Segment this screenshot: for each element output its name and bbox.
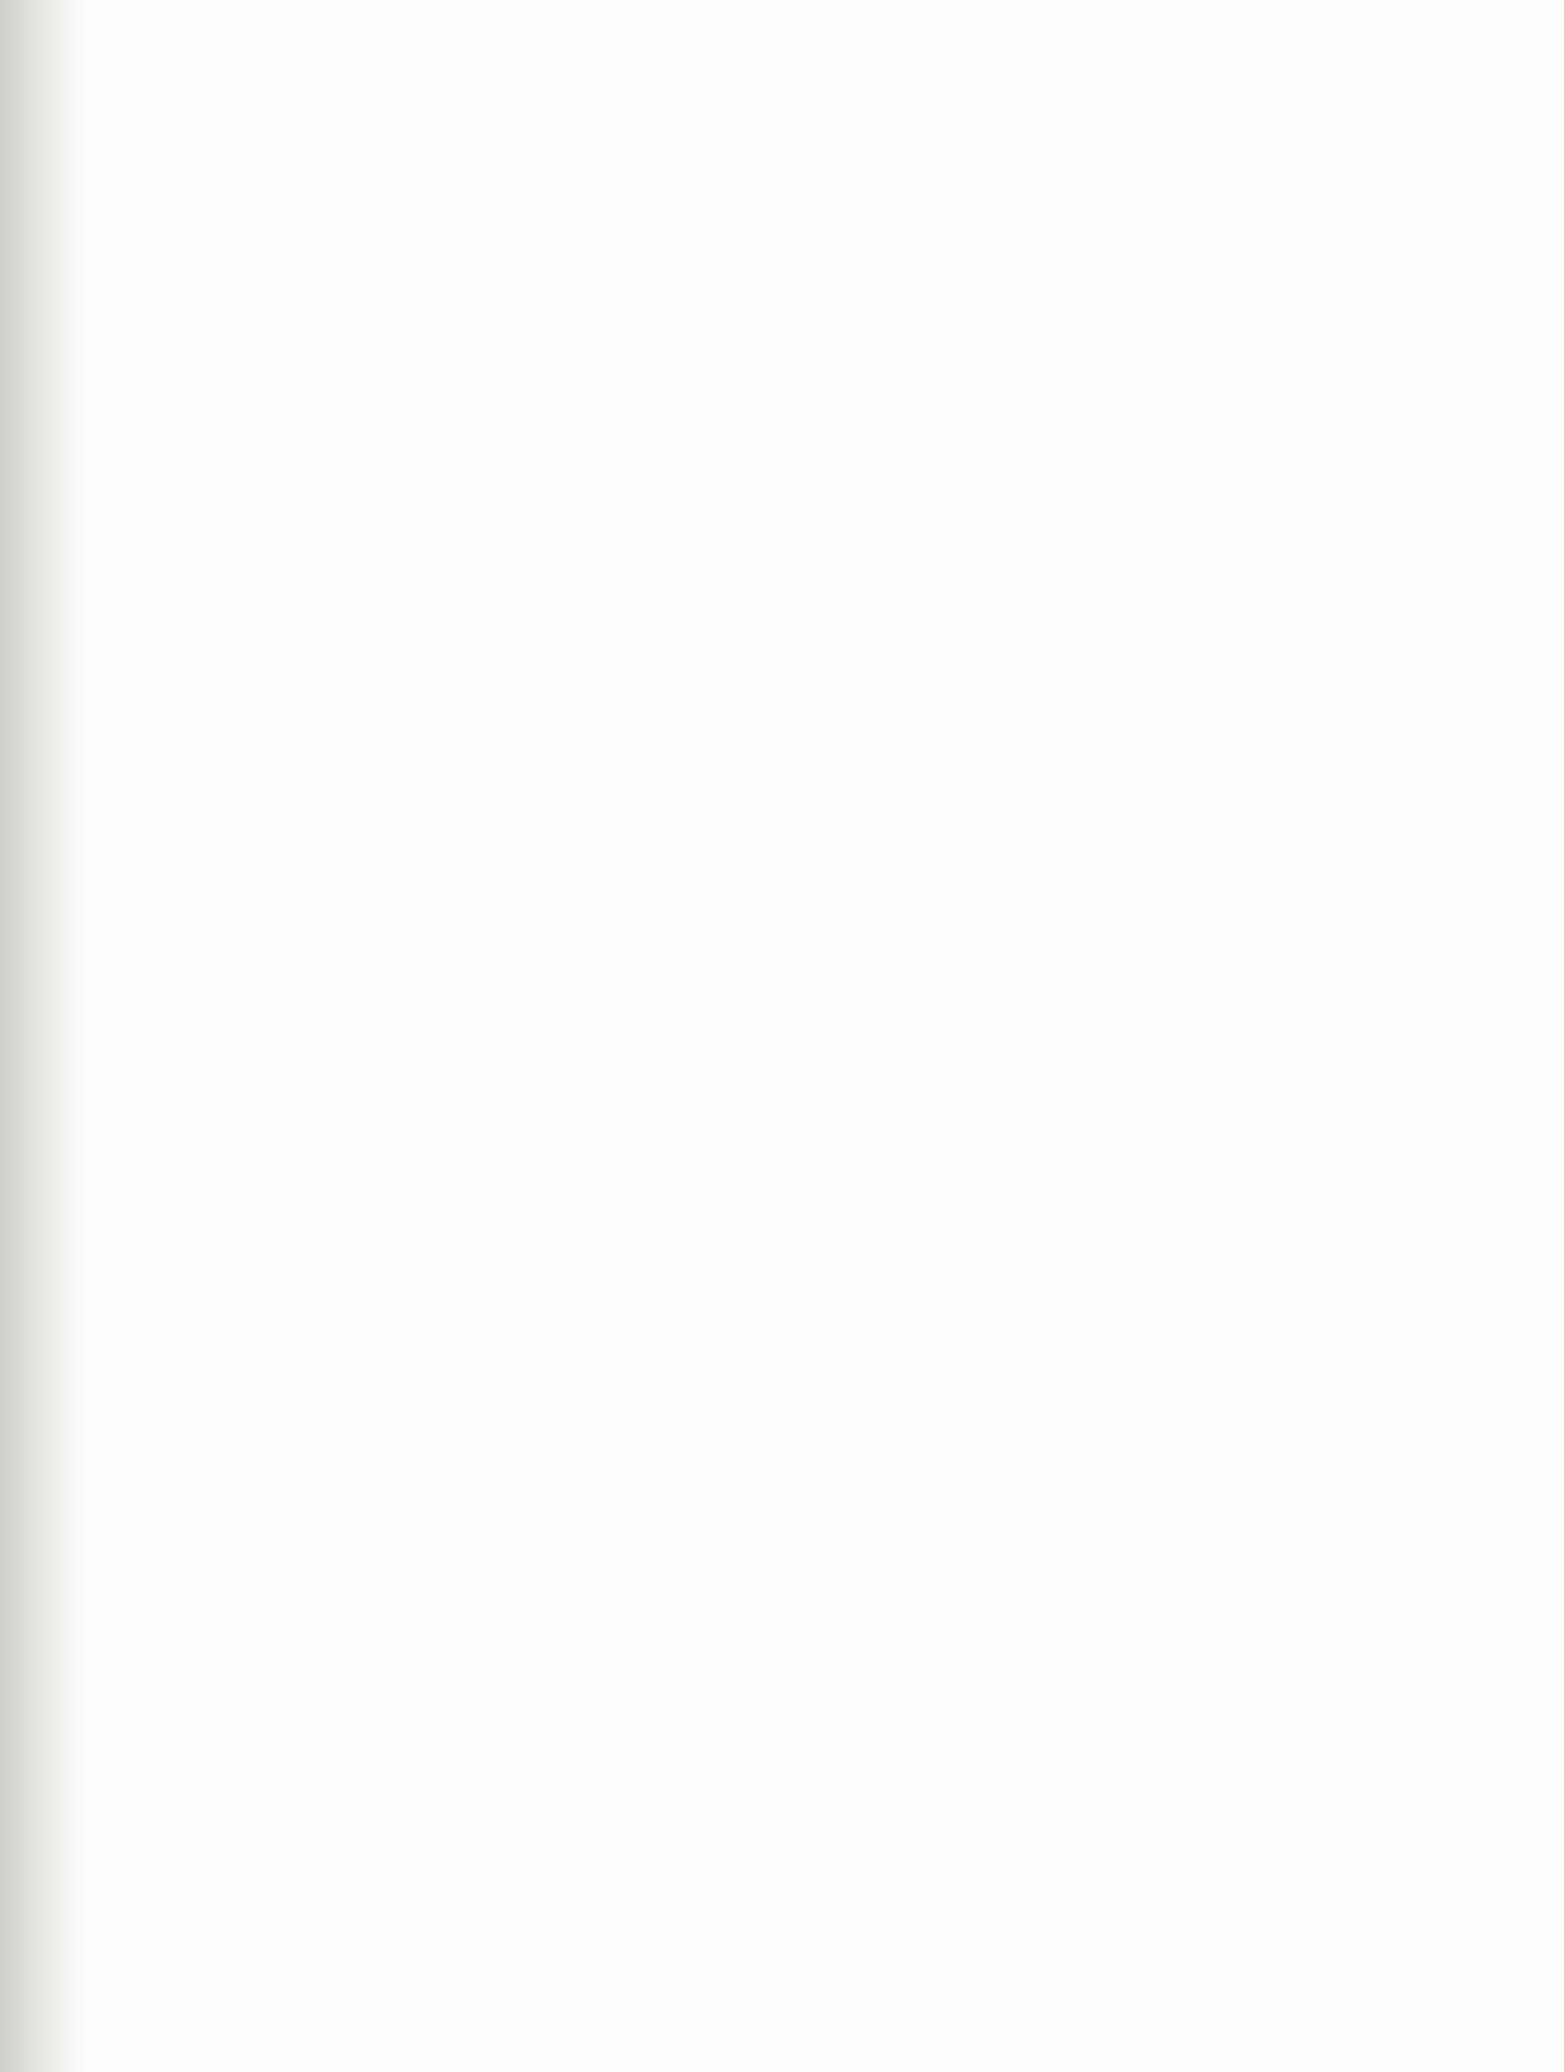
text-line (83, 679, 1503, 712)
typed-document-page (83, 312, 1503, 1280)
text-line (83, 1013, 1503, 1046)
text-line (83, 379, 1503, 412)
paragraph-item-8-william-thorndike (83, 779, 1503, 846)
text-line (83, 512, 1503, 545)
paragraph-item-9-albert-evans (83, 846, 1503, 1046)
text-line (83, 980, 1503, 1013)
text-line (83, 880, 1503, 913)
paragraph-item-7-elton-spicer (83, 446, 1503, 680)
text-line (83, 1080, 1503, 1113)
text-line (83, 312, 1503, 345)
text-line (83, 813, 1503, 846)
text-line (83, 345, 1503, 378)
text-line (83, 412, 1503, 445)
text-line (83, 546, 1503, 579)
paragraph-licensing (83, 312, 1503, 379)
text-line (83, 746, 1503, 779)
text-line (83, 646, 1503, 679)
text-line (83, 1247, 1503, 1280)
text-line (83, 846, 1503, 879)
text-line (83, 913, 1503, 946)
text-line (83, 1214, 1503, 1247)
text-line (83, 1047, 1503, 1080)
text-line (83, 1147, 1503, 1180)
text-line (83, 713, 1503, 746)
page-edge-shadow (0, 0, 90, 2072)
paragraph-minnie-may-spicer (83, 679, 1503, 779)
text-line (83, 579, 1503, 612)
text-line (83, 446, 1503, 479)
text-line (83, 613, 1503, 646)
paragraph-item-10-john-clayton (83, 1047, 1503, 1281)
text-line (83, 946, 1503, 979)
text-line (83, 479, 1503, 512)
paragraph-reardan-arrival (83, 379, 1503, 446)
text-line (83, 1113, 1503, 1146)
text-line (83, 779, 1503, 812)
text-line (83, 1180, 1503, 1213)
